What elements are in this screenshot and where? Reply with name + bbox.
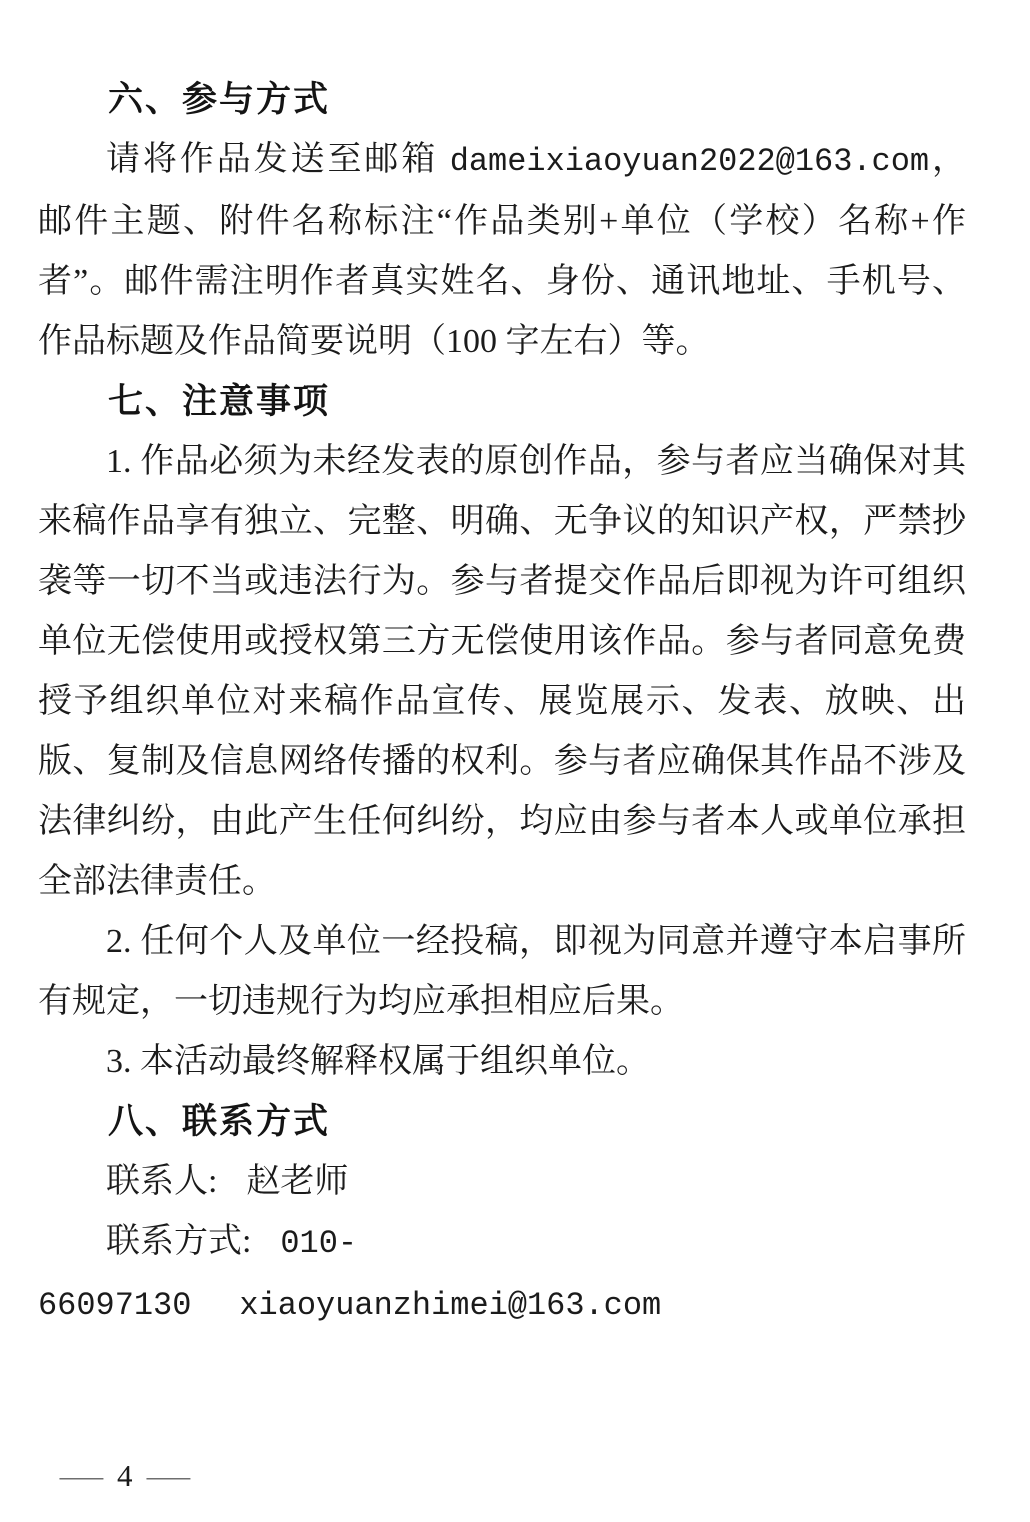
- note-item-1: 1. 作品必须为未经发表的原创作品，参与者应当确保对其来稿作品享有独立、完整、明…: [38, 432, 966, 912]
- footer-dash-right: —: [146, 1456, 189, 1496]
- contact-info-label: 联系方式:: [106, 1223, 251, 1260]
- note-item-2: 2. 任何个人及单位一经投稿，即视为同意并遵守本启事所有规定，一切违规行为均应承…: [38, 912, 966, 1032]
- page-number: 4: [117, 1456, 133, 1496]
- submission-email: dameixiaoyuan2022@163.com: [450, 143, 929, 180]
- section-participation-heading: 六、参与方式: [38, 70, 966, 130]
- contact-person-name: 赵老师: [246, 1163, 348, 1200]
- note-item-3: 3. 本活动最终解释权属于组织单位。: [38, 1032, 966, 1092]
- footer-dash-left: —: [60, 1456, 103, 1496]
- contact-email: xiaoyuanzhimei@163.com: [239, 1287, 661, 1324]
- page-footer: — 4 —: [66, 1456, 184, 1496]
- section-notes-heading: 七、注意事项: [38, 372, 966, 432]
- contact-info-line: 联系方式:010-66097130xiaoyuanzhimei@163.com: [38, 1212, 966, 1336]
- contact-person-label: 联系人:: [106, 1163, 217, 1200]
- document-body: 六、参与方式 请将作品发送至邮箱 dameixiaoyuan2022@163.c…: [38, 70, 966, 1336]
- section-contact-heading: 八、联系方式: [38, 1092, 966, 1152]
- participation-text-before-email: 请将作品发送至邮箱: [106, 141, 450, 178]
- document-page: 六、参与方式 请将作品发送至邮箱 dameixiaoyuan2022@163.c…: [0, 0, 1030, 1522]
- contact-person-line: 联系人:赵老师: [38, 1152, 966, 1212]
- participation-paragraph: 请将作品发送至邮箱 dameixiaoyuan2022@163.com，邮件主题…: [38, 130, 966, 372]
